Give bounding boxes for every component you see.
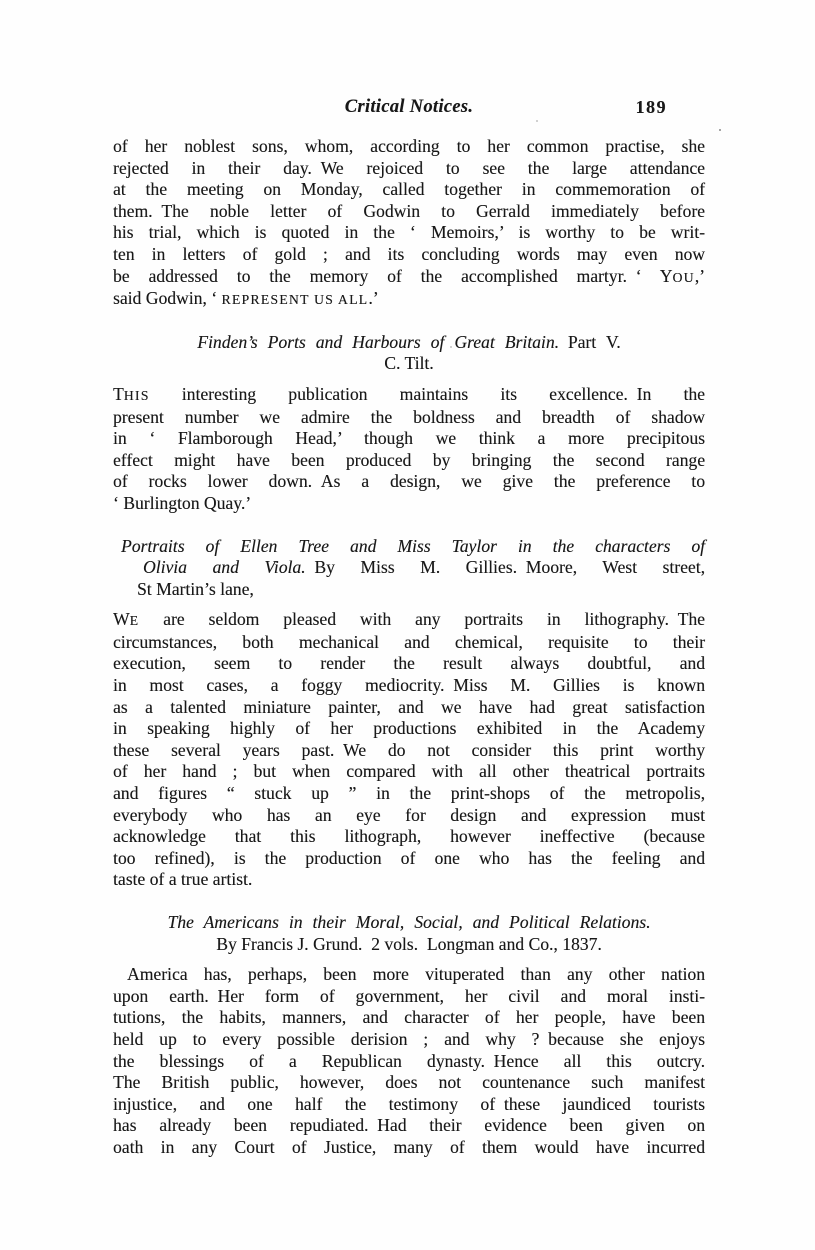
text-line: these several years past. We do not cons…	[113, 740, 705, 762]
text-line: present number we admire the boldness an…	[113, 407, 705, 429]
heading-finden: Finden’s Ports and Harbours of Great Bri…	[113, 332, 705, 375]
text-line: oath in any Court of Justice, many of th…	[113, 1137, 705, 1159]
text-run: oath in any Court of Justice, many of th…	[113, 1137, 705, 1157]
text-line: circumstances, both mechanical and chemi…	[113, 632, 705, 654]
text-run: are seldom pleased with any portraits in…	[139, 609, 705, 629]
text-run: By Francis J. Grund. 2 vols. Longman and…	[216, 934, 602, 954]
text-run: the blessings of a Republican dynasty. H…	[113, 1051, 705, 1071]
text-run: execution, seem to render the result alw…	[113, 653, 705, 673]
scan-speck	[450, 346, 452, 348]
text-line: By Francis J. Grund. 2 vols. Longman and…	[113, 934, 705, 956]
text-line: Finden’s Ports and Harbours of Great Bri…	[113, 332, 705, 354]
text-line: of her noblest sons, whom, according to …	[113, 136, 705, 158]
text-run: present number we admire the boldness an…	[113, 407, 705, 427]
text-line: tutions, the habits, manners, and charac…	[113, 1007, 705, 1029]
text-run: too refined), is the production of one w…	[113, 848, 705, 868]
text-line: of her hand ; but when compared with all…	[113, 761, 705, 783]
text-run: .’	[368, 288, 378, 308]
text-run: The British public, however, does not co…	[113, 1072, 705, 1092]
text-line: said Godwin, ‘ REPRESENT US ALL.’	[113, 288, 705, 311]
text-run: America has, perhaps, been more vitupera…	[127, 964, 705, 984]
text-run: interesting publication maintains its ex…	[150, 384, 705, 404]
page-content: Critical Notices. 189 of her noblest son…	[113, 97, 705, 1159]
text-line: execution, seem to render the result alw…	[113, 653, 705, 675]
text-line: effect might have been produced by bring…	[113, 450, 705, 472]
text-line: St Martin’s lane,	[113, 579, 705, 601]
text-line: of rocks lower down. As a design, we giv…	[113, 471, 705, 493]
text-run: effect might have been produced by bring…	[113, 450, 705, 470]
text-run: upon earth. Her form of government, her …	[113, 986, 705, 1006]
text-run: held up to every possible derision ; and…	[113, 1029, 705, 1049]
heading-portraits: Portraits of Ellen Tree and Miss Taylor …	[113, 536, 705, 601]
text-run: Portraits of Ellen Tree and Miss Taylor …	[121, 536, 705, 556]
text-line: rejected in their day. We rejoiced to se…	[113, 158, 705, 180]
document-body: of her noblest sons, whom, according to …	[113, 136, 705, 1159]
text-run: in ‘ Flamborough Head,’ though we think …	[113, 428, 705, 448]
text-line: The British public, however, does not co…	[113, 1072, 705, 1094]
text-run: of rocks lower down. As a design, we giv…	[113, 471, 705, 491]
text-line: upon earth. Her form of government, her …	[113, 986, 705, 1008]
heading-americans: The Americans in their Moral, Social, an…	[113, 912, 705, 955]
text-run: HIS	[124, 388, 150, 403]
text-run: REPRESENT US ALL	[221, 292, 368, 307]
text-run: Finden’s Ports and Harbours of Great Bri…	[197, 332, 559, 352]
text-line: in most cases, a foggy mediocrity. Miss …	[113, 675, 705, 697]
scanned-book-page: Critical Notices. 189 of her noblest son…	[0, 0, 815, 1250]
text-line: ten in letters of gold ; and its conclud…	[113, 244, 705, 266]
review-portraits: WE are seldom pleased with any portraits…	[113, 609, 705, 891]
text-run: and figures “ stuck up ” in the print-sh…	[113, 783, 705, 803]
text-run: everybody who has an eye for design and …	[113, 805, 705, 825]
text-line: acknowledge that this lithograph, howeve…	[113, 826, 705, 848]
text-run: By Miss M. Gillies. Moore, West street,	[306, 557, 705, 577]
text-run: said Godwin, ‘	[113, 288, 221, 308]
text-run: as a talented miniature painter, and we …	[113, 697, 705, 717]
review-americans: America has, perhaps, been more vitupera…	[113, 964, 705, 1158]
text-line: injustice, and one half the testimony of…	[113, 1094, 705, 1116]
text-run: Olivia and Viola.	[143, 557, 306, 577]
page-number: 189	[636, 97, 668, 118]
text-line: too refined), is the production of one w…	[113, 848, 705, 870]
text-line: C. Tilt.	[113, 353, 705, 375]
text-run: C. Tilt.	[384, 353, 433, 373]
text-run: these several years past. We do not cons…	[113, 740, 705, 760]
text-run: has already been repudiated. Had their e…	[113, 1115, 705, 1135]
text-run: his trial, which is quoted in the ‘ Memo…	[113, 222, 705, 242]
text-run: circumstances, both mechanical and chemi…	[113, 632, 705, 652]
text-run: at the meeting on Monday, called togethe…	[113, 179, 705, 199]
text-line: THIS interesting publication maintains i…	[113, 384, 705, 407]
text-line: in ‘ Flamborough Head,’ though we think …	[113, 428, 705, 450]
text-line: at the meeting on Monday, called togethe…	[113, 179, 705, 201]
text-run: ,’	[695, 266, 705, 286]
text-run: in most cases, a foggy mediocrity. Miss …	[113, 675, 705, 695]
text-run: T	[113, 384, 124, 404]
text-run: St Martin’s lane,	[137, 579, 254, 599]
text-line: WE are seldom pleased with any portraits…	[113, 609, 705, 632]
text-run: in speaking highly of her productions ex…	[113, 718, 705, 738]
text-run: be addressed to the memory of the accomp…	[113, 266, 672, 286]
text-line: in speaking highly of her productions ex…	[113, 718, 705, 740]
scan-speck	[490, 1150, 493, 1152]
review-finden: THIS interesting publication maintains i…	[113, 384, 705, 515]
text-line: be addressed to the memory of the accomp…	[113, 266, 705, 289]
text-run: injustice, and one half the testimony of…	[113, 1094, 705, 1114]
text-run: OU	[672, 270, 694, 285]
text-line: as a talented miniature painter, and we …	[113, 697, 705, 719]
scan-speck	[719, 129, 721, 131]
scan-speck	[536, 120, 538, 122]
running-head: Critical Notices. 189	[113, 97, 705, 120]
text-line: ‘ Burlington Quay.’	[113, 493, 705, 515]
text-run: of her noblest sons, whom, according to …	[113, 136, 705, 156]
text-line: held up to every possible derision ; and…	[113, 1029, 705, 1051]
text-run: E	[130, 613, 140, 628]
text-run: of her hand ; but when compared with all…	[113, 761, 705, 781]
text-line: and figures “ stuck up ” in the print-sh…	[113, 783, 705, 805]
text-run: W	[113, 609, 130, 629]
text-line: them. The noble letter of Godwin to Gerr…	[113, 201, 705, 223]
continuation-paragraph-godwin: of her noblest sons, whom, according to …	[113, 136, 705, 311]
text-run: The Americans in their Moral, Social, an…	[167, 912, 650, 932]
text-run: acknowledge that this lithograph, howeve…	[113, 826, 705, 846]
page-title: Critical Notices.	[113, 97, 705, 118]
text-run: tutions, the habits, manners, and charac…	[113, 1007, 705, 1027]
text-run: taste of a true artist.	[113, 869, 252, 889]
text-line: Portraits of Ellen Tree and Miss Taylor …	[113, 536, 705, 558]
text-line: the blessings of a Republican dynasty. H…	[113, 1051, 705, 1073]
text-line: taste of a true artist.	[113, 869, 705, 891]
text-run: ‘ Burlington Quay.’	[113, 493, 251, 513]
text-run: Part V.	[559, 332, 621, 352]
text-line: has already been repudiated. Had their e…	[113, 1115, 705, 1137]
text-line: America has, perhaps, been more vitupera…	[113, 964, 705, 986]
scan-speck	[137, 1152, 139, 1154]
text-run: ten in letters of gold ; and its conclud…	[113, 244, 705, 264]
text-line: Olivia and Viola. By Miss M. Gillies. Mo…	[113, 557, 705, 579]
text-line: his trial, which is quoted in the ‘ Memo…	[113, 222, 705, 244]
text-run: them. The noble letter of Godwin to Gerr…	[113, 201, 705, 221]
text-line: everybody who has an eye for design and …	[113, 805, 705, 827]
text-line: The Americans in their Moral, Social, an…	[113, 912, 705, 934]
text-run: rejected in their day. We rejoiced to se…	[113, 158, 705, 178]
